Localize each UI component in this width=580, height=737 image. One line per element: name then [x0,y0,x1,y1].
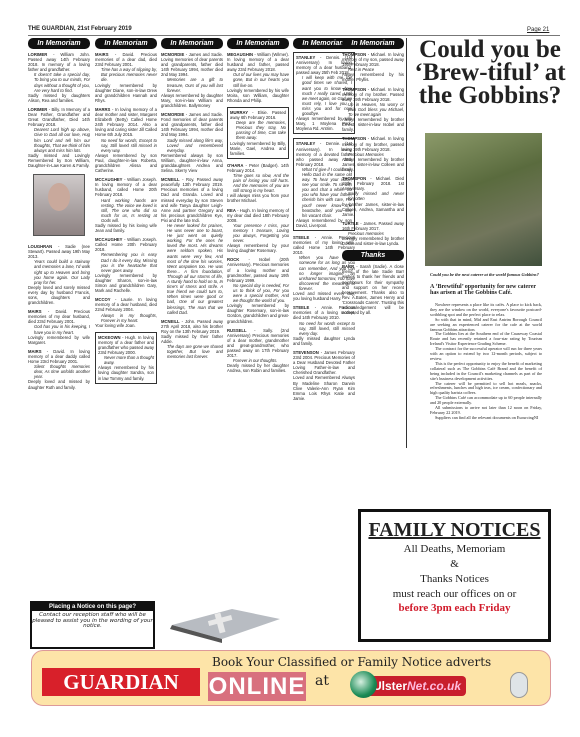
article-paragraph: So with that in mind, Mid and East Antri… [430,318,542,333]
notice-verse: God has you in his keeping, I have you i… [28,324,90,334]
thanks-header: Thanks [342,250,404,261]
column-1: In MemoriamLORIMER - William John. Passe… [28,38,90,394]
column-4: In MemoriamMEGAUGHIN - William (Wilmer).… [227,38,289,377]
notice-text: LOUGHRAN - Sadie (nee Stewart). Passed a… [28,244,90,259]
notice-remembered: Sadly missed by daughters Alison, Rea an… [28,93,90,103]
globe-icon [350,671,377,698]
notice-text: MCKEOWN - Hugh. In loving memory of a de… [98,335,154,355]
notice-details: - Sally. (2nd Anniversary) Precious memo… [227,328,289,358]
notice-entry: MAIRS - David. In loving memory of a dea… [28,349,90,390]
notice-verse: Never more than a thought away. [98,355,154,365]
notice-text: LORIMER - William John. Passed away 14th… [28,52,90,72]
placing-title: Placing a Notice on this page? [32,603,153,611]
fn-deadline: before 3pm each Friday [361,602,548,614]
notice-remembered: Lovingly remembered by daughter Sharon, … [95,273,157,293]
notice-remembered: Always remembered by your loving daughte… [227,243,289,253]
article-paragraph: The caterer will be permitted to sell ho… [430,382,542,397]
article-paragraph: Suppliers can find all the relevant docu… [430,416,542,421]
fn-line1: All Deaths, Memoriam [361,542,548,557]
notice-remembered: Lovingly remembered by brother Dosan and… [342,236,404,246]
notice-entry: MCCOY - Laurie. In loving memory of a de… [95,297,157,328]
notice-entry: MCCAUGHEY - William Joseph. Called Home … [95,237,157,293]
notice-verse: Dearest Lord high up above, Give to Dad … [28,127,90,152]
notice-text: RUSSELL - Sally. (2nd Anniversary) Preci… [227,328,289,359]
notice-verse: No special day is needed, For us to thin… [227,283,289,303]
notice-remembered: Deeply loved and missed by daughter Ruth… [28,379,90,389]
notice-verse: Time has a way of slipping by, But preci… [95,67,157,82]
notice-verse: Time goes so slow, And the pain of losin… [227,173,289,193]
notice-entry: LORIMER - William John. Passed away 14th… [28,52,90,103]
notice-remembered: Always remembered by daughter Mary, son-… [161,93,223,108]
notice-verse: Deep are the memories, Precious they sta… [230,120,286,140]
notice-verse: Your presence I miss, your memory I trea… [227,223,289,243]
notice-remembered: Deeply loved and sorely missed every day… [28,285,90,305]
notice-entry: RUSSELL - Sally. (2nd Anniversary) Preci… [227,328,289,374]
notice-text: MCCAUGHEY - William Joseph. In loving me… [95,177,157,197]
article-paragraph: Nowhere represents a place like its café… [430,303,542,318]
notice-text: MARRS - In loving memory of a dear mothe… [95,107,157,138]
fn-line4: must reach our offices on or [361,587,548,602]
notice-details: - In loving memory of a dear mother and … [95,107,157,137]
notice-remembered: Dearly missed by her daughter Andrea, so… [227,363,289,373]
notice-text: MAIRS - David. Precious memories of a de… [95,52,157,67]
notice-verse: Years could build a stairway and memorie… [28,259,90,284]
notice-text: MCNEILL - John. Passed away 27th April 2… [161,319,223,334]
notice-text: ROCK - Isobel (20th Anniversary). Precio… [227,257,289,282]
article-paragraph: This is the perfect opportunity to enjoy… [430,362,542,382]
notice-verse: Sadly missed along life's way, Loved and… [161,138,223,153]
notice-text: STEVENSON - James February 23rd 2004. Pr… [293,350,355,375]
notice-entry: MCNEILL - Roy. Passed away peacefully 13… [161,177,223,315]
notice-text: MCCOY - Laurie. In loving memory of a de… [95,297,157,312]
notice-details: - Hugh. In loving memory of my dear dad … [227,208,289,223]
notice-text: MURRAY - Elsie. Passed away 6th February… [230,110,286,120]
notice-verse: Sadly missed and never forgotten [342,191,404,201]
notice-remembered: Sadly missed and Lovingly Remembered by … [28,153,90,168]
column-2: In MemoriamMAIRS - David. Precious memor… [95,38,157,388]
notice-remembered: Always remembered by his mother Phyllis. [342,72,404,82]
notice-remembered: Lovingly remembered by Billy, Marie, Gae… [230,141,286,156]
ulsternet-logo[interactable]: UlsterNet.co.uk [366,676,466,696]
mouse-icon [510,672,528,698]
notice-text: MAIRS - David. Precious memories of my d… [28,309,90,324]
notice-entry: MCCAUGHEY - William Joseph. In loving me… [95,177,157,233]
article-headline: Could you be ‘Brew-tiful’ at the Gobbins… [410,38,570,107]
notice-text: MCNEILL - Roy. Passed away peacefully 13… [161,177,223,223]
ulster-text: Ulster [373,679,407,693]
notice-entry: MCMORDIE - James and Sadie. Fond memorie… [161,112,223,173]
column-3: In MemoriamMCMORDIE - James and Sadie. L… [161,38,223,363]
fn-line2: & [361,557,548,572]
notice-verse: Hard working hands are resting. The voic… [95,198,157,223]
page-number: Page 21 [527,27,549,33]
notice-entry: TURTLE - James. Passed away 16th Februar… [342,221,404,246]
classified-banner[interactable]: Book Your Classified or Family Notice ad… [31,650,551,706]
banner-tagline: Book Your Classified or Family Notice ad… [212,655,491,669]
notice-remembered: Loved and Remembered Always By Madeline … [293,375,355,400]
placing-notice-box: Placing a Notice on this page? Contact o… [30,601,155,649]
notice-remembered: Always remembered by brother Ernest, sis… [342,117,404,132]
notice-text: LORIMER - Billy. In Memory of a Dear Fat… [28,107,90,127]
notice-text: THOMPSON - Michael. In loving memory of … [342,136,404,151]
notice-remembered: Lovingly remembered by daughter Diane, s… [95,83,157,103]
photo-caption: Could you be the next caterer at the wor… [430,272,542,277]
notice-entry: MURRAY - Elsie. Passed away 6th February… [227,107,289,159]
section-header: In Memoriam [227,38,289,49]
at-label: at [315,673,329,689]
article-paragraph: The Gobbins lies at the Southern end of … [430,332,542,347]
masthead: THE GUARDIAN, 21st February 2019 [28,26,260,32]
notice-remembered: Lovingly remembered by his wife Moira, s… [227,88,289,103]
notice-verse: He never looked for praises, He was neve… [161,223,223,315]
notice-text: MAIRS - David. In loving memory of a dea… [28,349,90,364]
section-header: In Memoriam [161,38,223,49]
notice-text: MCMORDIE - James and Sadie. Fond memorie… [161,112,223,137]
notice-text: MEGAUGHIN - William (Wilmer). In loving … [227,52,289,72]
notice-remembered: Sadly missed by their father Addie. [161,334,223,344]
notice-entry: MEGAUGHIN - William (Wilmer). In loving … [227,52,289,103]
notice-details: - Roy. Passed away peacefully 13th Febru… [161,177,223,223]
notice-entry: MCNEILL - John. Passed away 27th April 2… [161,319,223,360]
notice-entry: ROCK - Isobel (20th Anniversary). Precio… [227,257,289,323]
notice-remembered: Sadly missed daughter Lynda and family. [293,336,355,346]
net-text: Net.co.uk [407,679,461,693]
notice-remembered: Always remembered by son Paul, daughter-… [95,153,157,173]
notice-verse: Memories are a gift to treasure, Ours of… [161,77,223,92]
family-notices-title: FAMILY NOTICES [361,519,548,542]
notice-verse: No need for words, Except to say, Still … [95,138,157,153]
portrait-photo [33,174,85,236]
online-label: ONLINE [208,672,306,701]
notice-remembered: Always remembered by brother James, sist… [342,157,404,172]
notice-entry: MAIRS - David. Precious memories of a de… [95,52,157,103]
notice-entry: LORIMER - Billy. In Memory of a Dear Fat… [28,107,90,168]
notice-verse: Up in Heaven, No worry or pain God bless… [342,102,404,117]
notice-details: - Sarah (Sadie). A close friend of the l… [342,264,404,315]
notice-verse: The days are gone we shared together, Bu… [161,344,223,359]
thanks-entry: BARR - Sarah (Sadie). A close friend of … [342,264,404,315]
notice-text: THOMPSON - Michael. In loving memory of … [342,87,404,102]
notice-text: REA - Hugh. In loving memory of my dear … [227,208,289,223]
notice-entry: MCKEOWN - Hugh. In loving memory of a de… [95,332,157,384]
notice-entry: THOMPSON - Michael. In loving memory of … [342,87,404,133]
placing-body: Contact our reception staff who will be … [32,611,153,630]
guardian-logo: GUARDIAN [42,668,200,696]
notice-remembered: by brother James, sister-in-law Colleen,… [342,202,404,217]
notice-entry: O'HARA - Peter (Badger). 14th February 2… [227,163,289,204]
notice-remembered: I will always miss you from your brother… [227,193,289,203]
notice-verse: Out of our lives you may have gone, But … [227,72,289,87]
article-paragraph: The contract for the successful operator… [430,347,542,362]
notice-text: THOMPSON - Michael. In loving memory of … [342,52,404,67]
notice-verse: Always in my thoughts, Forever in my hea… [95,313,157,323]
notice-entry: THOMSPON - Michael. Died 19th February 2… [342,176,404,217]
article-body: Nowhere represents a place like its café… [430,303,542,421]
column-6: In MemoriamTHOMPSON - Michael. In loving… [342,38,404,319]
section-header: In Memoriam [342,38,404,49]
notice-text: O'HARA - Peter (Badger). 14th February 2… [227,163,289,173]
notice-remembered: Always remembered by his loving daughter… [98,365,154,380]
notice-remembered: Sadly missed by his loving wife Jean and… [95,223,157,233]
notice-entry: THOMPSON - Michael. In loving memory of … [342,52,404,83]
notice-text: TURTLE - James. Passed away 16th Februar… [342,221,404,231]
column-divider [406,38,407,448]
notice-remembered: Remembered always by son William, daught… [161,153,223,173]
notice-entry: MAIRS - David. Precious memories of my d… [28,309,90,345]
notice-verse: It doesn't take a special day, To bring … [28,72,90,92]
gobbins-photo [425,133,542,266]
notice-entry: STEVENSON - James February 23rd 2004. Pr… [293,350,355,401]
notice-text: MCMORDIE - James and Sadie. Loving memor… [161,52,223,77]
notice-verse: Silent thoughts memories dear, As time u… [28,364,90,379]
section-header: In Memoriam [28,38,90,49]
notice-remembered: Your loving wife Joan. [95,323,157,328]
bible-icon [162,605,282,643]
notice-entry: THOMPSON - Michael. In loving memory of … [342,136,404,172]
section-header: In Memoriam [95,38,157,49]
notice-entry: LOUGHRAN - Sadie (nee Stewart). Passed a… [28,244,90,305]
notice-verse: No need for words except to say, Still l… [293,321,355,336]
notice-remembered: Lovingly remembered by wife Margaret. [28,335,90,345]
fn-line3: Thanks Notices [361,572,548,587]
notice-entry: MCMORDIE - James and Sadie. Loving memor… [161,52,223,108]
article-subhead: A ‘Brewtiful’ opportunity for new catere… [430,284,542,296]
notice-entry: REA - Hugh. In loving memory of my dear … [227,208,289,254]
notice-text: MCCAUGHEY - William Joseph. Called Home … [95,237,157,252]
notice-text: THOMSPON - Michael. Died 19th February 2… [342,176,404,191]
notice-verse: Remembering you is easy Dad I do it ever… [95,252,157,272]
notice-remembered: Lovingly remembered by daughter Rosemary… [227,303,289,323]
family-notices-box: FAMILY NOTICES All Deaths, Memoriam & Th… [358,509,551,642]
notice-entry: MARRS - In loving memory of a dear mothe… [95,107,157,173]
